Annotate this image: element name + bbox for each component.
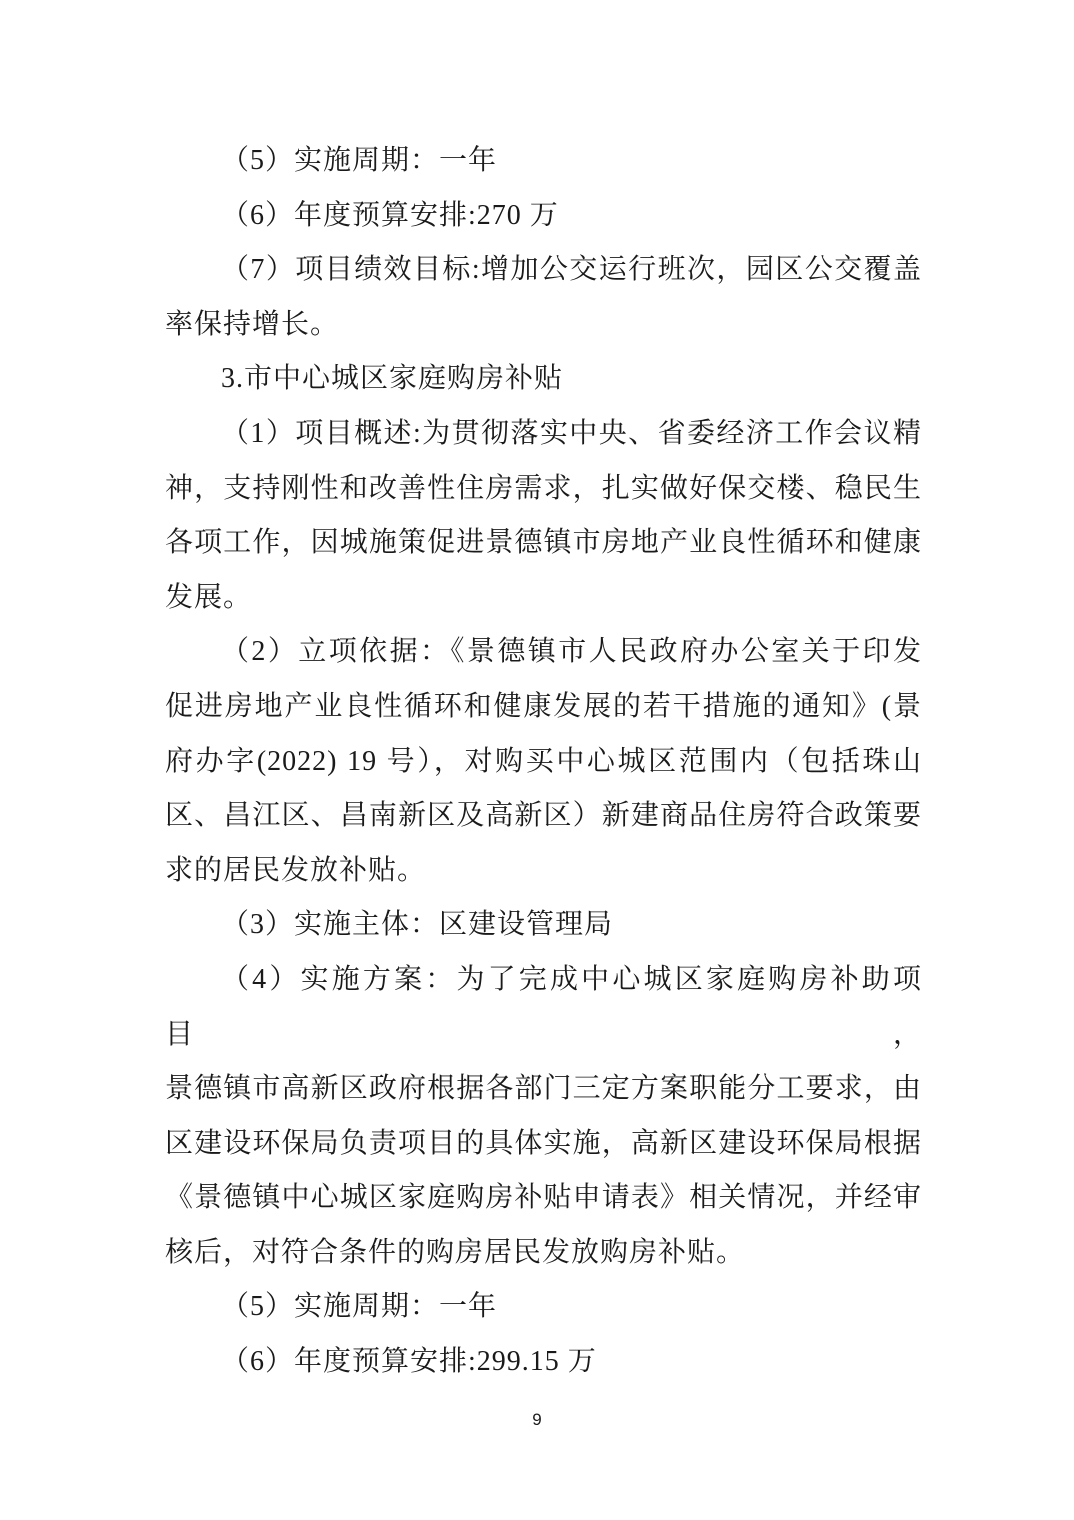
- section-heading: 3.市中心城区家庭购房补贴: [165, 352, 922, 407]
- text-line: 核后，对符合条件的购房居民发放购房补贴。: [165, 1226, 922, 1281]
- text-line: 各项工作，因城施策促进景德镇市房地产业良性循环和健康: [165, 516, 922, 571]
- text-line: 率保持增长。: [165, 298, 922, 353]
- text-line: （2）立项依据：《景德镇市人民政府办公室关于印发: [165, 625, 922, 680]
- document-body: （5）实施周期：一年 （6）年度预算安排:270 万 （7）项目绩效目标:增加公…: [165, 134, 922, 1390]
- text-line: （4）实施方案：为了完成中心城区家庭购房补助项目，: [165, 953, 922, 1062]
- text-line: （5）实施周期：一年: [165, 1280, 922, 1335]
- text-line: （6）年度预算安排:270 万: [165, 189, 922, 244]
- text-line: （5）实施周期：一年: [165, 134, 922, 189]
- text-line: 区建设环保局负责项目的具体实施，高新区建设环保局根据: [165, 1117, 922, 1172]
- text-line: （1）项目概述:为贯彻落实中央、省委经济工作会议精: [165, 407, 922, 462]
- text-line: 景德镇市高新区政府根据各部门三定方案职能分工要求，由: [165, 1062, 922, 1117]
- text-line: 发展。: [165, 571, 922, 626]
- text-line: 《景德镇中心城区家庭购房补贴申请表》相关情况，并经审: [165, 1171, 922, 1226]
- page-number: 9: [0, 1406, 1074, 1434]
- text-line: 区、昌江区、昌南新区及高新区）新建商品住房符合政策要: [165, 789, 922, 844]
- text-line: （7）项目绩效目标:增加公交运行班次，园区公交覆盖: [165, 243, 922, 298]
- text-line: 求的居民发放补贴。: [165, 844, 922, 899]
- text-line: （3）实施主体：区建设管理局: [165, 898, 922, 953]
- text-line: 府办字(2022) 19 号），对购买中心城区范围内（包括珠山: [165, 735, 922, 790]
- text-line: 促进房地产业良性循环和健康发展的若干措施的通知》(景: [165, 680, 922, 735]
- page: （5）实施周期：一年 （6）年度预算安排:270 万 （7）项目绩效目标:增加公…: [0, 0, 1074, 1520]
- text-line: 神，支持刚性和改善性住房需求，扎实做好保交楼、稳民生: [165, 462, 922, 517]
- text-line: （6）年度预算安排:299.15 万: [165, 1335, 922, 1390]
